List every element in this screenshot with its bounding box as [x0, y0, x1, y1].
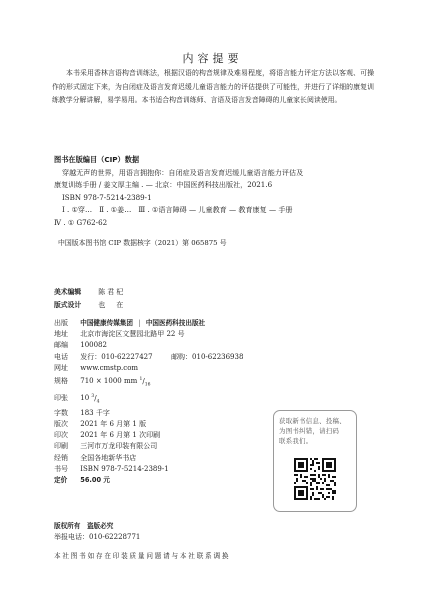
imprint-value: 2021 年 6 月第 1 次印刷: [80, 430, 160, 441]
qr-text-line: 联系我们。: [279, 436, 351, 446]
qr-text-line: 获取新书信息、投稿、: [279, 416, 351, 426]
fraction-denominator: 4: [97, 400, 100, 405]
imprint-value: 710 × 1000 mm: [80, 376, 137, 387]
credits: 美术编辑 陈君杞 版式设计 也 在: [54, 286, 125, 311]
imprint-website: 网址 www.cmstp.com: [54, 363, 243, 374]
imprint-label: 定价: [54, 475, 78, 486]
imprint-sheets: 印张 10 3/4: [54, 391, 243, 408]
imprint-edition: 版次 2021 年 6 月第 1 版: [54, 419, 243, 430]
qr-text-line: 为图书纠错，请扫码: [279, 426, 351, 436]
imprint-value: ISBN 978-7-5214-2389-1: [80, 464, 168, 475]
imprint-label: 版次: [54, 419, 78, 430]
imprint-label: 印刷: [54, 441, 78, 452]
imprint-label: 出版: [54, 318, 78, 329]
imprint-label: 邮编: [54, 340, 78, 351]
imprint-value: 全国各地新华书店: [80, 453, 136, 464]
report-phone: 举报电话：010-62228771: [54, 532, 140, 543]
price-value: 56.00 元: [80, 475, 110, 486]
cip-line-publication: 康复训练手册 / 姜文厚主编 . — 北京：中国医药科技出版社，2021.6: [54, 179, 374, 191]
phone-distribution: 发行：010-62227427: [80, 352, 152, 363]
imprint-label: 地址: [54, 329, 78, 340]
imprint-label: 规格: [54, 376, 78, 387]
imprint-postcode: 邮编 100082: [54, 340, 243, 351]
imprint-label: 经销: [54, 453, 78, 464]
publisher-name: 中国医药科技出版社: [146, 318, 205, 329]
imprint-label: 字数: [54, 408, 78, 419]
cip-line-isbn: ISBN 978-7-5214-2389-1: [54, 192, 374, 204]
fraction-numerator: 1: [139, 377, 142, 382]
cip-line-class-code: Ⅳ . ① G762-62: [54, 217, 374, 229]
page-title: 内容提要: [0, 50, 425, 66]
imprint-value: 10: [80, 393, 89, 404]
fraction-numerator: 3: [91, 394, 94, 399]
imprint-value: 三河市万龙印装有限公司: [80, 441, 157, 452]
imprint-words: 字数 183 千字: [54, 408, 243, 419]
cip-line-classification: Ⅰ . ①穿… Ⅱ . ①姜… Ⅲ . ①语言障碍 — 儿童教育 — 教育康复 …: [54, 204, 374, 216]
imprint-publisher: 出版 中国健康传媒集团 | 中国医药科技出版社: [54, 318, 243, 329]
qr-instructions: 获取新书信息、投稿、 为图书纠错，请扫码 联系我们。: [279, 416, 351, 446]
imprint-label: 书号: [54, 464, 78, 475]
phone-mail-order: 邮购：010-62236938: [171, 352, 243, 363]
imprint-price: 定价 56.00 元: [54, 475, 243, 486]
qr-contact-panel: 获取新书信息、投稿、 为图书纠错，请扫码 联系我们。: [273, 410, 357, 512]
publisher-group: 中国健康传媒集团: [80, 318, 133, 329]
cip-heading: 图书在版编目（CIP）数据: [54, 155, 139, 165]
imprint-format: 规格 710 × 1000 mm 1/16: [54, 374, 243, 391]
credit-layout-design: 版式设计 也 在: [54, 299, 125, 312]
rights-reserved: 版权所有 盗版必究: [54, 521, 140, 532]
abstract-paragraph: 本书采用香林言语构音训练法，根据汉语的构音规律及难易程度，将语言能力评定方法以客…: [52, 67, 374, 108]
cip-line-title: 穿越无声的世界，用语言拥抱你：自闭症及语言发育迟缓儿童语言能力评估及: [54, 167, 374, 179]
imprint-value: 北京市海淀区文慧园北路甲 22 号: [80, 329, 184, 340]
imprint-address: 地址 北京市海淀区文慧园北路甲 22 号: [54, 329, 243, 340]
imprint-value: 2021 年 6 月第 1 版: [80, 419, 146, 430]
cip-record-number: 中国版本图书馆 CIP 数据核字（2021）第 065875 号: [58, 237, 227, 247]
credit-value: 也 在: [98, 299, 125, 312]
copyright-page: 内容提要 本书采用香林言语构音训练法，根据汉语的构音规律及难易程度，将语言能力评…: [0, 0, 425, 600]
imprint-info: 出版 中国健康传媒集团 | 中国医药科技出版社 地址 北京市海淀区文慧园北路甲 …: [54, 318, 243, 486]
imprint-label: 电话: [54, 352, 78, 363]
imprint-label: 网址: [54, 363, 78, 374]
cip-data: 穿越无声的世界，用语言拥抱你：自闭症及语言发育迟缓儿童语言能力评估及 康复训练手…: [54, 167, 374, 229]
credit-label: 美术编辑: [54, 286, 96, 299]
imprint-phone: 电话 发行：010-62227427 邮购：010-62236938: [54, 352, 243, 363]
fraction-denominator: 16: [145, 383, 151, 388]
imprint-printer: 印刷 三河市万龙印装有限公司: [54, 441, 243, 452]
credit-value: 陈君杞: [98, 286, 125, 299]
website-link[interactable]: www.cmstp.com: [80, 363, 138, 374]
imprint-value: 100082: [80, 340, 107, 351]
quality-notice: 本社图书如存在印装质量问题请与本社联系调换: [54, 550, 230, 560]
imprint-value: 183 千字: [80, 408, 110, 419]
imprint-distributor: 经销 全国各地新华书店: [54, 453, 243, 464]
imprint-printing: 印次 2021 年 6 月第 1 次印刷: [54, 430, 243, 441]
credit-art-editor: 美术编辑 陈君杞: [54, 286, 125, 299]
qr-code-icon[interactable]: [294, 458, 336, 500]
credit-label: 版式设计: [54, 299, 96, 312]
copyright-info: 版权所有 盗版必究 举报电话：010-62228771: [54, 521, 140, 543]
separator: |: [138, 318, 140, 329]
imprint-label: 印次: [54, 430, 78, 441]
imprint-isbn: 书号 ISBN 978-7-5214-2389-1: [54, 464, 243, 475]
imprint-label: 印张: [54, 393, 78, 404]
